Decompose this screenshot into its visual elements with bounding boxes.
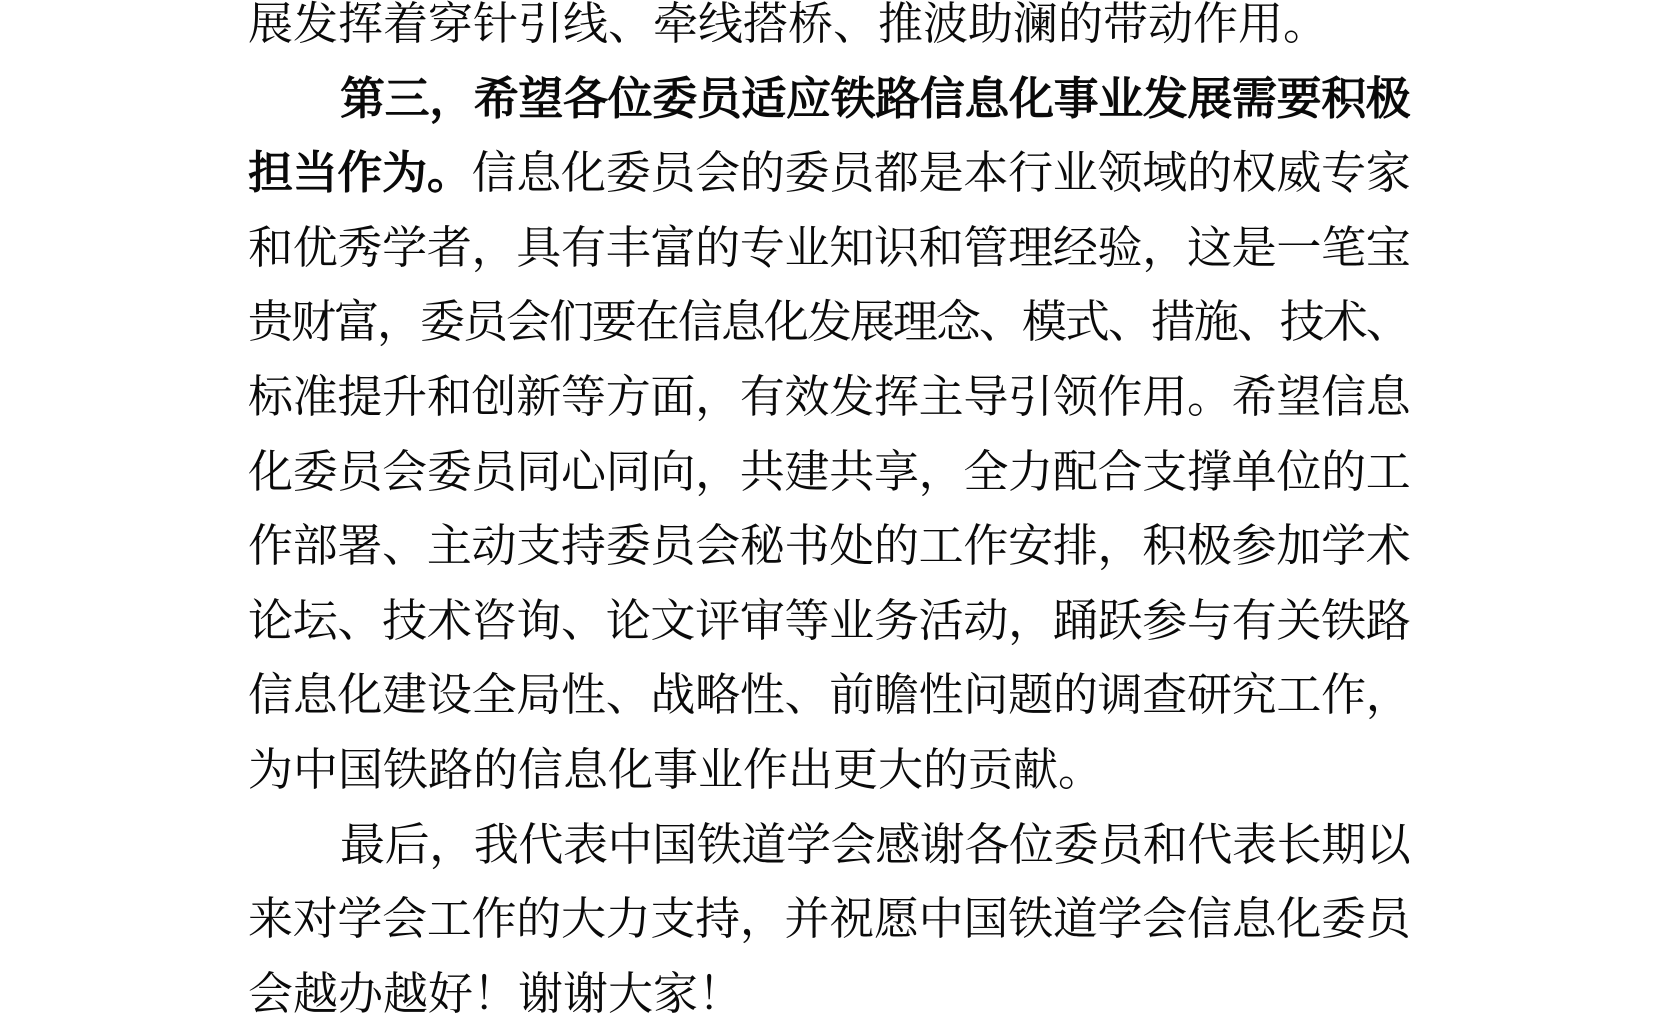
text-line-2-heading: 第三，希望各位委员适应铁路信息化事业发展需要积极 — [248, 62, 1408, 137]
text-line-3: 担当作为。信息化委员会的委员都是本行业领域的权威专家 — [248, 136, 1408, 211]
text-line-1: 展发挥着穿针引线、牵线搭桥、推波助澜的带动作用。 — [248, 0, 1408, 62]
bold-run: 担当作为。 — [248, 148, 472, 198]
text-line-6: 标准提升和创新等方面，有效发挥主导引领作用。希望信息 — [248, 360, 1408, 435]
text-line-11: 为中国铁路的信息化事业作出更大的贡献。 — [248, 733, 1408, 808]
text-line-8: 作部署、主动支持委员会秘书处的工作安排，积极参加学术 — [248, 509, 1408, 584]
text-line-9: 论坛、技术咨询、论文评审等业务活动，踊跃参与有关铁路 — [248, 584, 1408, 659]
text-line-13: 来对学会工作的大力支持，并祝愿中国铁道学会信息化委员 — [248, 882, 1408, 957]
text-run: 信息化委员会的委员都是本行业领域的权威专家 — [472, 148, 1408, 198]
text-block: 展发挥着穿针引线、牵线搭桥、推波助澜的带动作用。 第三，希望各位委员适应铁路信息… — [248, 0, 1408, 1031]
text-line-4: 和优秀学者，具有丰富的专业知识和管理经验，这是一笔宝 — [248, 211, 1408, 286]
text-line-12: 最后，我代表中国铁道学会感谢各位委员和代表长期以 — [248, 808, 1408, 883]
text-line-14: 会越办越好！谢谢大家！ — [248, 957, 1408, 1031]
text-line-7: 化委员会委员同心同向，共建共享，全力配合支撑单位的工 — [248, 435, 1408, 510]
document-page: 展发挥着穿针引线、牵线搭桥、推波助澜的带动作用。 第三，希望各位委员适应铁路信息… — [0, 0, 1654, 1031]
text-line-10: 信息化建设全局性、战略性、前瞻性问题的调查研究工作， — [248, 658, 1408, 733]
text-line-5: 贵财富，委员会们要在信息化发展理念、模式、措施、技术、 — [248, 285, 1408, 360]
